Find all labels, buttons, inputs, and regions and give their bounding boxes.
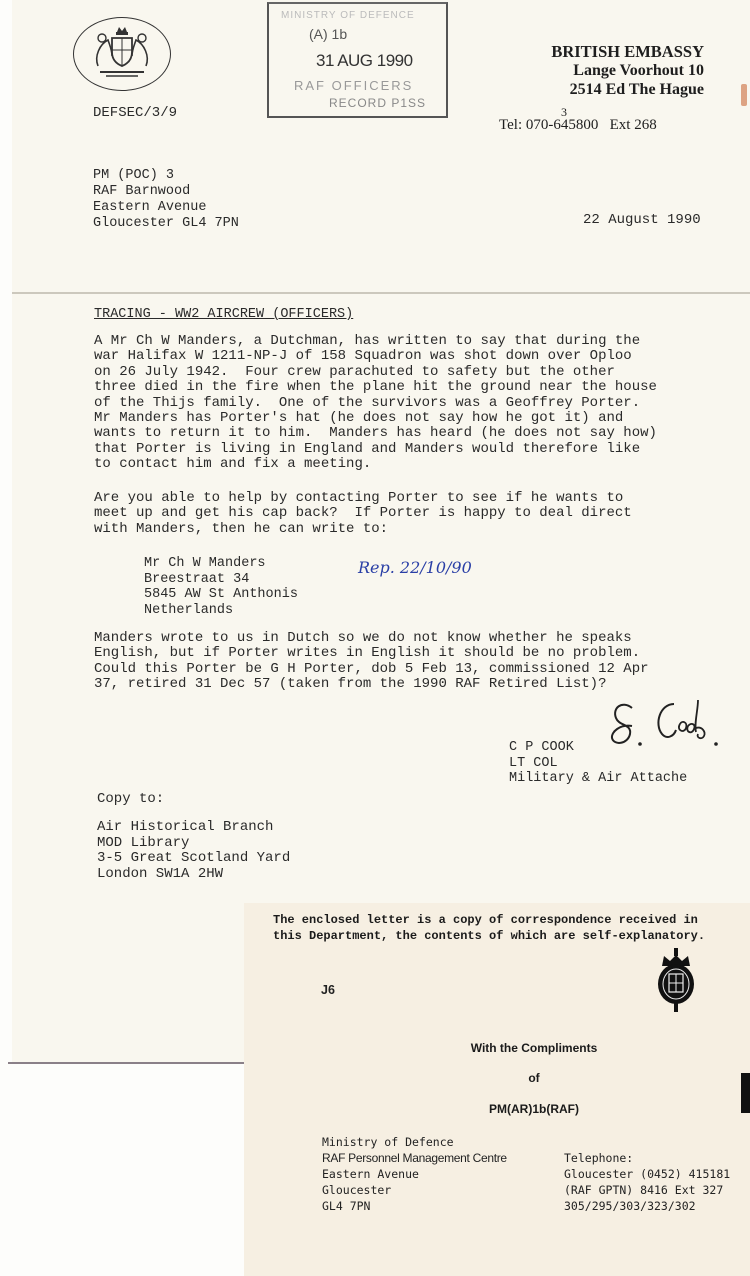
copy-line: 3-5 Great Scotland Yard	[97, 851, 290, 867]
signatory-name: C P COOK	[509, 740, 687, 756]
copy-to-address: Air Historical Branch MOD Library 3-5 Gr…	[97, 820, 290, 882]
royal-crest-icon	[654, 948, 698, 1017]
body-paragraph: Manders wrote to us in Dutch so we do no…	[94, 631, 649, 693]
recipient-line: Eastern Avenue	[93, 200, 239, 216]
letter-date: 22 August 1990	[583, 212, 701, 228]
sender-city: 2514 Ed The Hague	[551, 80, 704, 99]
address-line: Mr Ch W Manders	[144, 556, 298, 572]
sender-street: Lange Voorhout 10	[551, 61, 704, 80]
paper-edge-mark	[741, 84, 747, 106]
tel-prefix: Tel: 070-	[499, 117, 553, 133]
royal-crest-icon	[73, 17, 171, 91]
stamp-line: RECORD P1SS	[329, 96, 426, 110]
slip-tel-line: Gloucester (0452) 415181	[564, 1166, 730, 1182]
slip-code: J6	[321, 983, 335, 997]
copy-line: Air Historical Branch	[97, 820, 290, 836]
recipient-line: Gloucester GL4 7PN	[93, 216, 239, 232]
slip-address-line: Gloucester	[322, 1182, 507, 1198]
slip-department: PM(AR)1b(RAF)	[244, 1102, 750, 1116]
stamp-date: 31 AUG 1990	[316, 51, 413, 71]
address-line: 5845 AW St Anthonis	[144, 587, 298, 603]
slip-tel-line: 305/295/303/323/302	[564, 1198, 730, 1214]
copy-line: London SW1A 2HW	[97, 867, 290, 883]
sender-telephone: 3 Tel: 070-645800 Ext 268	[499, 117, 657, 134]
paper-edge	[8, 1062, 244, 1064]
slip-heading: With the Compliments	[244, 1041, 750, 1055]
stamp-line: (A) 1b	[309, 26, 347, 42]
sender-name: BRITISH EMBASSY	[551, 42, 704, 61]
handwritten-note: Rep. 22/10/90	[358, 558, 472, 577]
recipient-line: RAF Barnwood	[93, 184, 239, 200]
slip-edge-bar	[741, 1073, 750, 1113]
compliments-slip: The enclosed letter is a copy of corresp…	[244, 903, 750, 1276]
recipient-address: PM (POC) 3 RAF Barnwood Eastern Avenue G…	[93, 168, 239, 232]
signatory-rank: LT COL	[509, 756, 687, 772]
forwarding-address: Mr Ch W Manders Breestraat 34 5845 AW St…	[144, 556, 298, 618]
slip-address-line: Ministry of Defence	[322, 1134, 507, 1150]
tel-correction: 3	[561, 105, 567, 120]
address-line: Breestraat 34	[144, 572, 298, 588]
signatory-title: Military & Air Attache	[509, 771, 687, 787]
paper-fold-line	[12, 292, 750, 294]
slip-address: Ministry of Defence RAF Personnel Manage…	[322, 1134, 507, 1214]
slip-address-line: GL4 7PN	[322, 1198, 507, 1214]
document-reference: DEFSEC/3/9	[93, 105, 177, 121]
slip-tel-line: Telephone:	[564, 1150, 730, 1166]
stamp-line: MINISTRY OF DEFENCE	[281, 10, 415, 21]
letter-subject: TRACING - WW2 AIRCREW (OFFICERS)	[94, 307, 353, 322]
slip-address-line: Eastern Avenue	[322, 1166, 507, 1182]
slip-tel-line: (RAF GPTN) 8416 Ext 327	[564, 1182, 730, 1198]
sender-address: BRITISH EMBASSY Lange Voorhout 10 2514 E…	[551, 42, 704, 99]
signatory-block: C P COOK LT COL Military & Air Attache	[509, 740, 687, 787]
slip-intro: The enclosed letter is a copy of corresp…	[273, 912, 705, 944]
body-paragraph: A Mr Ch W Manders, a Dutchman, has writt…	[94, 334, 657, 473]
address-line: Netherlands	[144, 603, 298, 619]
slip-telephone: Telephone: Gloucester (0452) 415181 (RAF…	[564, 1150, 730, 1214]
copy-to-label: Copy to:	[97, 791, 164, 807]
recipient-line: PM (POC) 3	[93, 168, 239, 184]
slip-address-line: RAF Personnel Management Centre	[322, 1150, 507, 1166]
slip-of: of	[244, 1071, 750, 1085]
stamp-line: RAF OFFICERS	[294, 78, 413, 93]
received-stamp: MINISTRY OF DEFENCE (A) 1b 31 AUG 1990 R…	[267, 2, 448, 118]
body-paragraph: Are you able to help by contacting Porte…	[94, 491, 632, 537]
tel-extension: Ext 268	[610, 117, 657, 133]
copy-line: MOD Library	[97, 836, 290, 852]
